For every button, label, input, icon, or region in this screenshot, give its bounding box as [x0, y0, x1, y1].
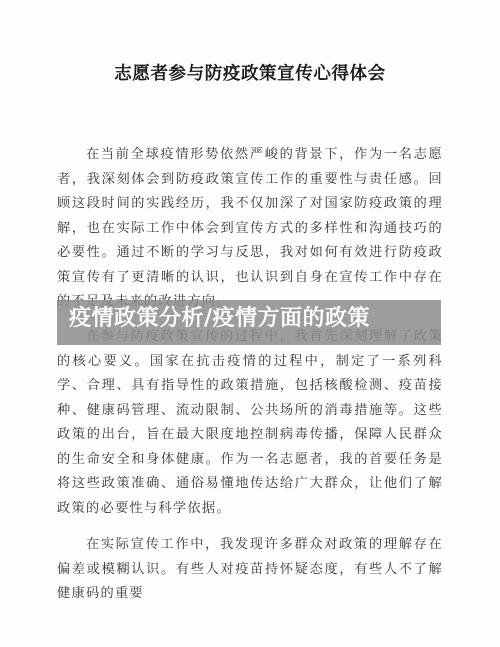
banner-title: 疫情政策分析/疫情方面的政策	[69, 304, 370, 334]
document-title: 志愿者参与防疫政策宣传心得体会	[0, 60, 500, 85]
title-overlay-banner: 疫情政策分析/疫情方面的政策	[57, 300, 441, 345]
paragraph-practical-work: 在实际宣传工作中，我发现许多群众对政策的理解存在偏差或模糊认识。有些人对疫苗持怀…	[57, 533, 443, 607]
paragraph-intro: 在当前全球疫情形势依然严峻的背景下，作为一名志愿者，我深刻体会到防疫政策宣传工作…	[57, 143, 443, 315]
document-page: 志愿者参与防疫政策宣传心得体会 在当前全球疫情形势依然严峻的背景下，作为一名志愿…	[0, 0, 500, 647]
paragraph-policy-understanding: 在参与防疫政策宣传的过程中，我首先深刻理解了政策的核心要义。国家在抗击疫情的过程…	[57, 325, 443, 521]
